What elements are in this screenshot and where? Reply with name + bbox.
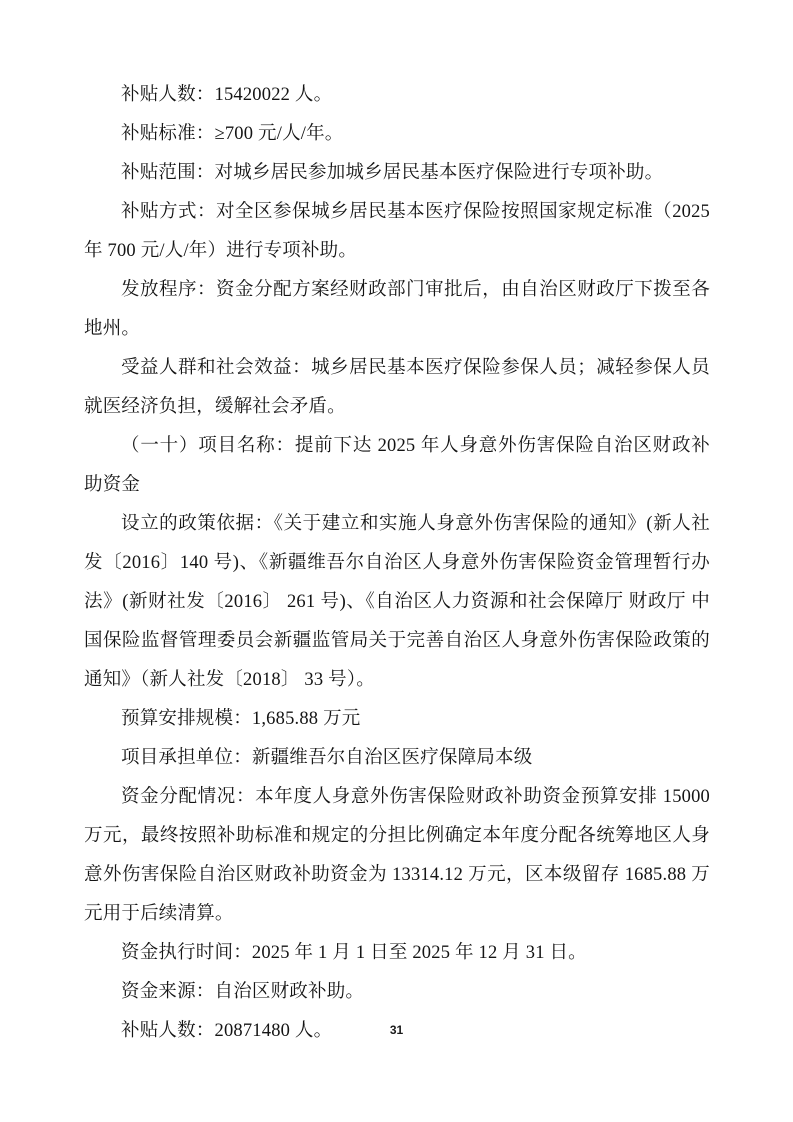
paragraph-project-name: （一十）项目名称：提前下达 2025 年人身意外伤害保险自治区财政补助资金: [84, 427, 710, 505]
paragraph-undertaking-unit: 项目承担单位：新疆维吾尔自治区医疗保障局本级: [84, 739, 710, 778]
document-body: 补贴人数：15420022 人。 补贴标准：≥700 元/人/年。 补贴范围：对…: [84, 76, 710, 1051]
document-page: 补贴人数：15420022 人。 补贴标准：≥700 元/人/年。 补贴范围：对…: [0, 0, 793, 1122]
paragraph-fund-source: 资金来源：自治区财政补助。: [84, 973, 710, 1012]
paragraph-budget-scale: 预算安排规模：1,685.88 万元: [84, 700, 710, 739]
paragraph-subsidy-method: 补贴方式：对全区参保城乡居民基本医疗保险按照国家规定标准（2025 年 700 …: [84, 193, 710, 271]
paragraph-subsidy-count: 补贴人数：15420022 人。: [84, 76, 710, 115]
page-number: 31: [0, 1023, 793, 1037]
paragraph-policy-basis: 设立的政策依据：《关于建立和实施人身意外伤害保险的通知》(新人社发〔2016〕1…: [84, 505, 710, 700]
paragraph-execution-period: 资金执行时间：2025 年 1 月 1 日至 2025 年 12 月 31 日。: [84, 934, 710, 973]
paragraph-distribution-procedure: 发放程序：资金分配方案经财政部门审批后，由自治区财政厅下拨至各地州。: [84, 271, 710, 349]
paragraph-subsidy-scope: 补贴范围：对城乡居民参加城乡居民基本医疗保险进行专项补助。: [84, 154, 710, 193]
paragraph-fund-allocation: 资金分配情况：本年度人身意外伤害保险财政补助资金预算安排 15000 万元，最终…: [84, 778, 710, 934]
paragraph-subsidy-standard: 补贴标准：≥700 元/人/年。: [84, 115, 710, 154]
paragraph-beneficiaries-social-benefit: 受益人群和社会效益：城乡居民基本医疗保险参保人员；减轻参保人员就医经济负担，缓解…: [84, 349, 710, 427]
